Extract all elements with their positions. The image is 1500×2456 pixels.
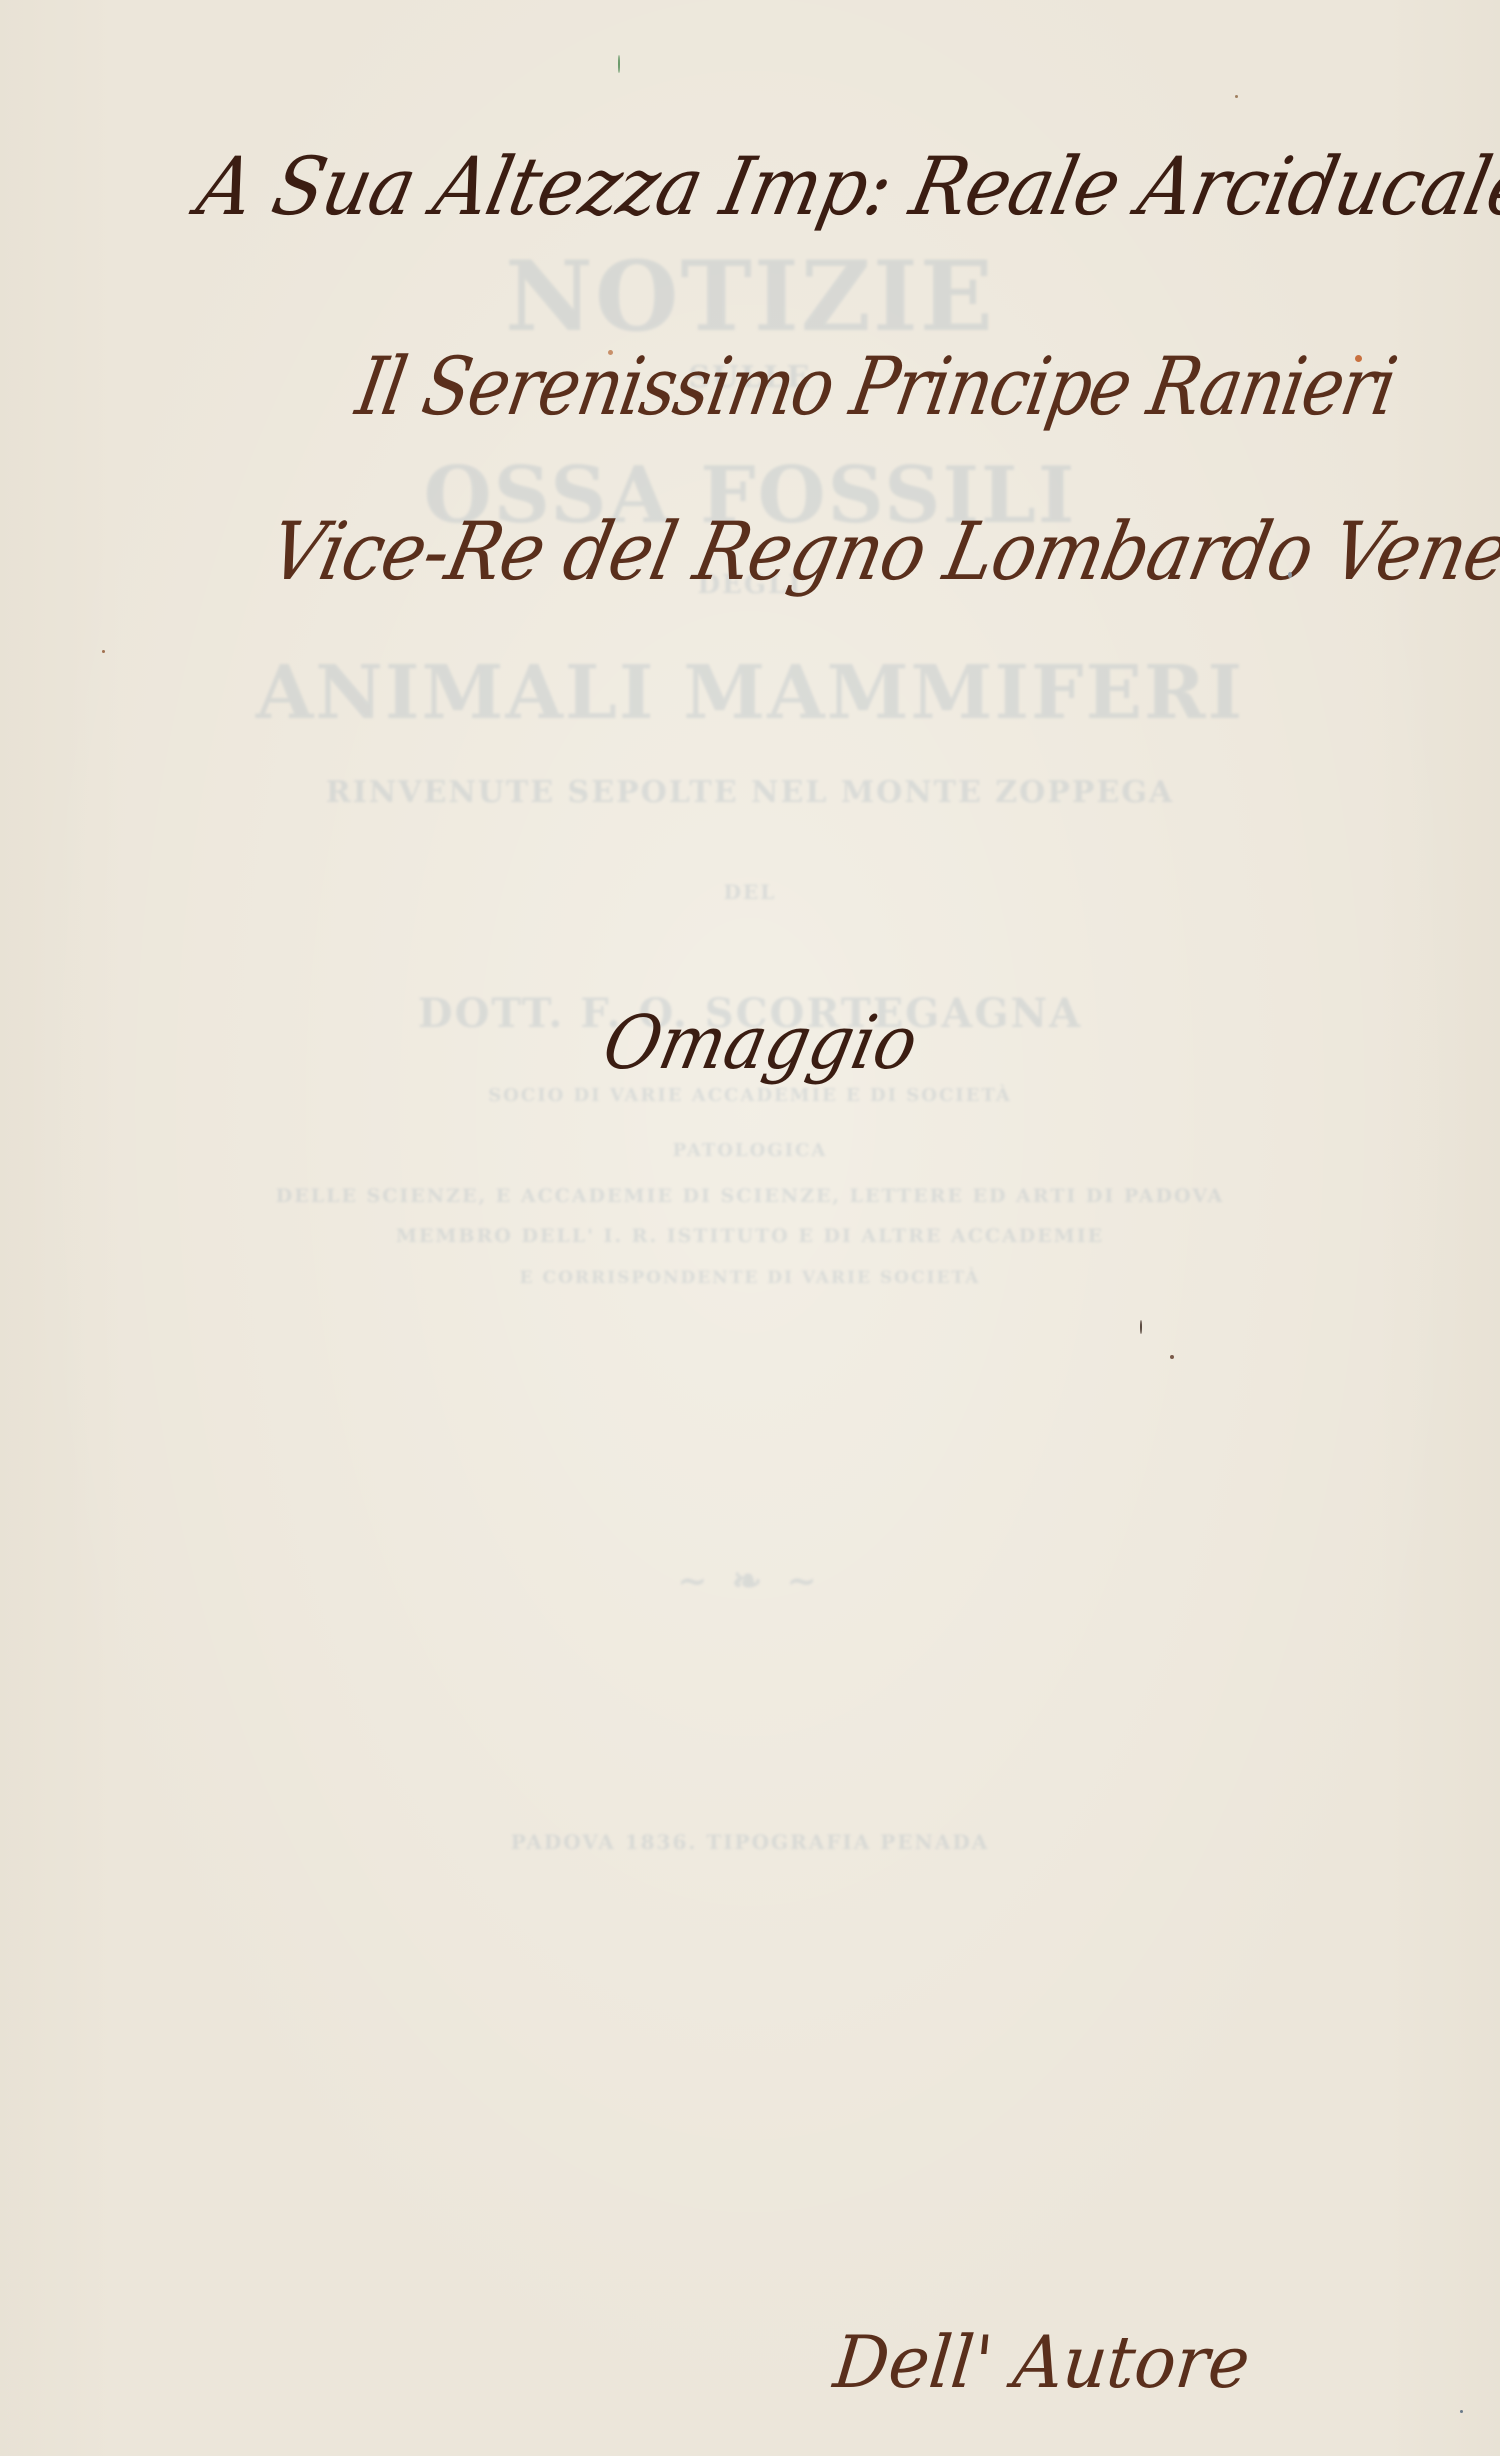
dedication-line-1: A Sua Altezza Imp: Reale Arciducale (190, 140, 1500, 233)
paper-speck (1355, 355, 1362, 362)
printed-subtitle-3: DELLE SCIENZE, E ACCADEMIE DI SCIENZE, L… (0, 1185, 1500, 1207)
paper-speck (618, 55, 620, 73)
dedication-line-3: Vice-Re del Regno Lombardo Veneto (262, 505, 1500, 598)
printed-subtitle-5: E CORRISPONDENTE DI VARIE SOCIETÀ (0, 1268, 1500, 1288)
signature-dell-autore: Dell' Autore (830, 2320, 1254, 2404)
printed-subtitle-1: SOCIO DI VARIE ACCADEMIE E DI SOCIETÀ (0, 1085, 1500, 1106)
printed-rinvenute: RINVENUTE SEPOLTE NEL MONTE ZOPPEGA (0, 775, 1500, 810)
paper-speck (1170, 1355, 1174, 1359)
paper-speck (102, 650, 105, 653)
paper-speck (1235, 95, 1238, 98)
paper-speck (1460, 2410, 1463, 2413)
printed-del: DEL (0, 880, 1500, 904)
printed-subtitle-2: PATOLOGICA (0, 1140, 1500, 1161)
printed-title: NOTIZIE (0, 240, 1500, 353)
printed-imprint: PADOVA 1836. TIPOGRAFIA PENADA (0, 1830, 1500, 1854)
printed-animali-mammiferi: ANIMALI MAMMIFERI (0, 650, 1500, 736)
dedication-line-2: Il Serenissimo Principe Ranieri (350, 340, 1402, 433)
paper-page: NOTIZIE SULLE OSSA FOSSILI DEGLI ANIMALI… (0, 0, 1500, 2456)
dedication-omaggio: Omaggio (596, 1000, 925, 1086)
printed-subtitle-4: MEMBRO DELL' I. R. ISTITUTO E DI ALTRE A… (0, 1225, 1500, 1247)
paper-speck (1140, 1320, 1142, 1334)
printed-ornament: ~ ❧ ~ (0, 1560, 1500, 1602)
paper-speck (608, 350, 613, 355)
paper-speck (1288, 572, 1292, 578)
